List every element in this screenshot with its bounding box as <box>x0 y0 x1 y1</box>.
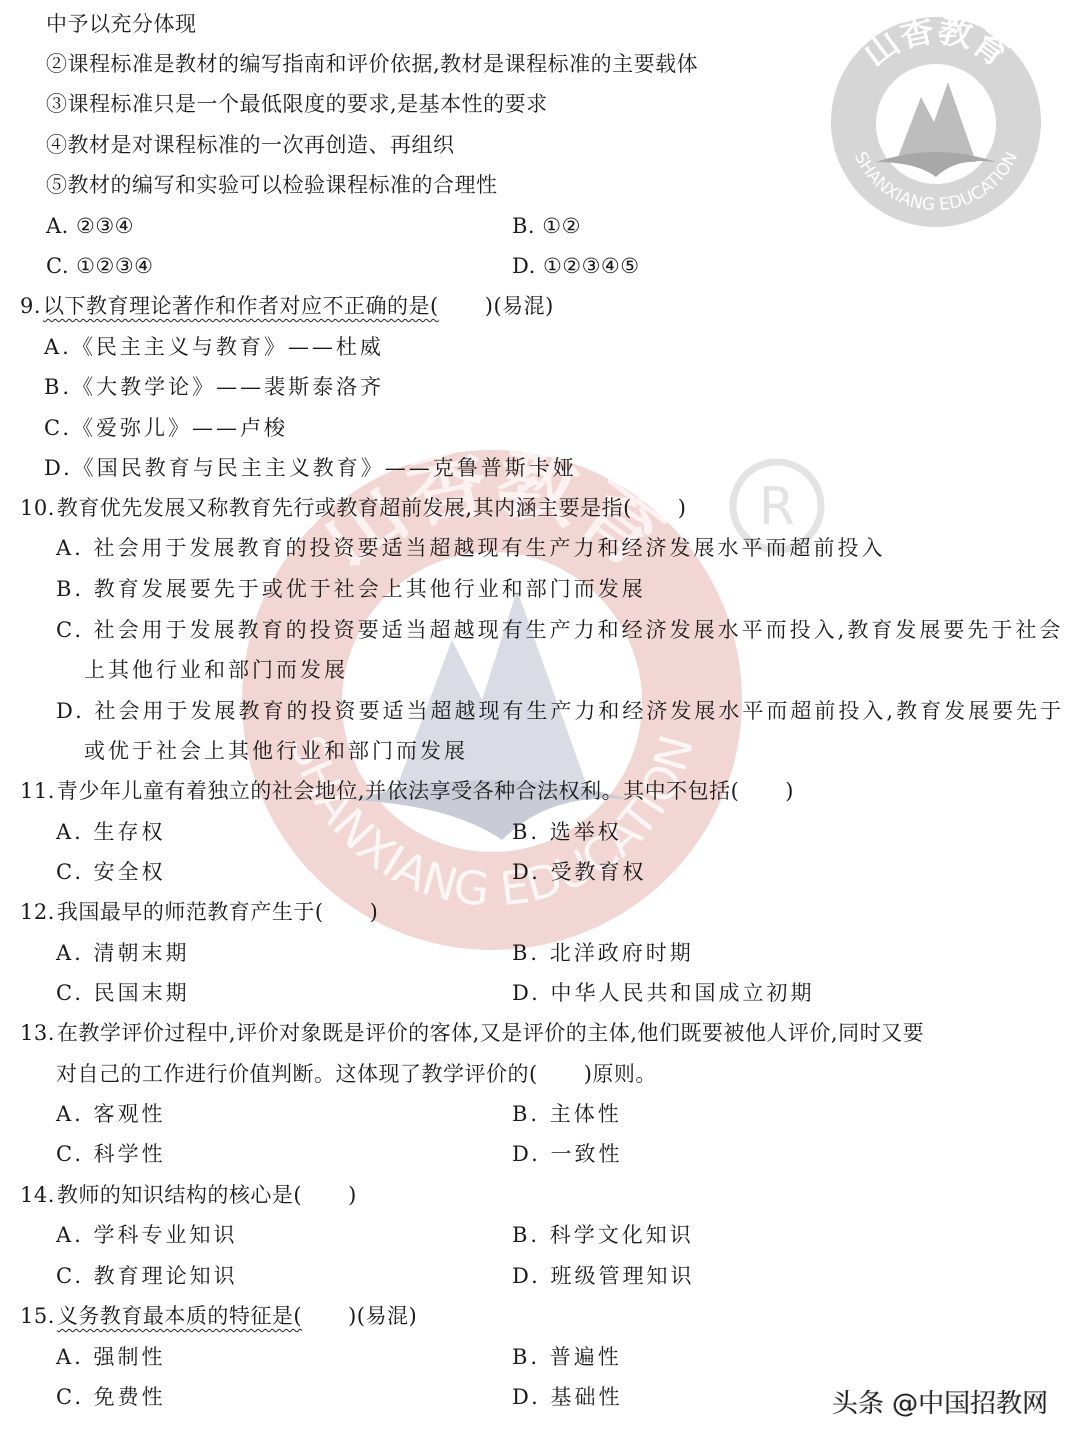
q9-stem: 9.以下教育理论著作和作者对应不正确的是()(易混) <box>20 292 554 320</box>
stem-tail: ) <box>370 900 379 924</box>
q13-stem-line1: 13.在教学评价过程中,评价对象既是评价的客体,又是评价的主体,他们既要被他人评… <box>20 1019 924 1047</box>
q12-option-c[interactable]: C. 民国末期 <box>56 979 190 1007</box>
q8-intro-tail: 中予以充分体现 <box>46 10 197 38</box>
stem-tail: ) <box>348 1183 357 1207</box>
q14-option-c[interactable]: C. 教育理论知识 <box>56 1262 238 1290</box>
q11-option-d[interactable]: D. 受教育权 <box>512 858 646 886</box>
q9-option-b[interactable]: B.《大教学论》——裴斯泰洛齐 <box>44 373 384 401</box>
question-number: 11. <box>20 777 55 805</box>
stem-text: 我国最早的师范教育产生于( <box>57 900 324 924</box>
q8-option-c[interactable]: C. ①②③④ <box>46 252 153 280</box>
question-number: 15. <box>20 1302 55 1330</box>
q11-option-a[interactable]: A. 生存权 <box>56 818 166 846</box>
source-watermark-tag[interactable]: 头条 @中国招教网 <box>832 1383 1048 1420</box>
q15-stem: 15.义务教育最本质的特征是()(易混) <box>20 1302 417 1330</box>
question-number: 10. <box>20 494 55 522</box>
q12-option-b[interactable]: B. 北洋政府时期 <box>512 939 694 967</box>
emphasized-stem: 义务教育最本质的特征是( <box>57 1304 302 1328</box>
q11-stem: 11.青少年儿童有着独立的社会地位,并依法享受各种合法权利。其中不包括() <box>20 777 794 805</box>
stem-tail: )(易混) <box>348 1304 417 1328</box>
q13-option-c[interactable]: C. 科学性 <box>56 1140 166 1168</box>
q11-option-c[interactable]: C. 安全权 <box>56 858 166 886</box>
stem-tail: ) <box>678 496 687 520</box>
stem-text: 在教学评价过程中,评价对象既是评价的客体,又是评价的主体,他们既要被他人评价,同… <box>57 1021 924 1045</box>
stem-text: 教育优先发展又称教育先行或教育超前发展,其内涵主要是指( <box>57 496 632 520</box>
q12-option-d[interactable]: D. 中华人民共和国成立初期 <box>512 979 814 1007</box>
q10-option-c-line1[interactable]: C. 社会用于发展教育的投资要适当超越现有生产力和经济发展水平而投入,教育发展要… <box>56 616 1063 644</box>
svg-text:R: R <box>759 477 795 537</box>
question-number: 13. <box>20 1019 55 1047</box>
q14-option-a[interactable]: A. 学科专业知识 <box>56 1221 238 1249</box>
q10-stem: 10.教育优先发展又称教育先行或教育超前发展,其内涵主要是指() <box>20 494 686 522</box>
stem-text: 对自己的工作进行价值判断。这体现了教学评价的( <box>56 1062 538 1086</box>
stem-text: 教师的知识结构的核心是( <box>57 1183 302 1207</box>
q15-option-d[interactable]: D. 基础性 <box>512 1383 622 1411</box>
q15-option-a[interactable]: A. 强制性 <box>56 1343 166 1371</box>
q11-option-b[interactable]: B. 选举权 <box>512 818 622 846</box>
stem-tail: )(易混) <box>485 294 554 318</box>
q10-option-d-line2[interactable]: 或优于社会上其他行业和部门而发展 <box>84 737 468 765</box>
q15-option-b[interactable]: B. 普遍性 <box>512 1343 622 1371</box>
q15-option-c[interactable]: C. 免费性 <box>56 1383 166 1411</box>
q12-stem: 12.我国最早的师范教育产生于() <box>20 898 378 926</box>
q9-option-c[interactable]: C.《爱弥儿》——卢梭 <box>44 414 288 442</box>
exam-page: 山香教育 SHANXIANG EDUCATION 山香教育 SHANXIANG … <box>0 0 1080 1441</box>
q13-stem-line2: 对自己的工作进行价值判断。这体现了教学评价的()原则。 <box>56 1060 657 1088</box>
q8-option-a[interactable]: A. ②③④ <box>46 212 134 240</box>
q13-option-d[interactable]: D. 一致性 <box>512 1140 622 1168</box>
q9-option-a[interactable]: A.《民主主义与教育》——杜威 <box>44 333 384 361</box>
q8-statement-3: ③课程标准只是一个最低限度的要求,是基本性的要求 <box>46 90 548 118</box>
q8-option-b[interactable]: B. ①② <box>512 212 581 240</box>
shanxiang-logo-watermark-icon: 山香教育 SHANXIANG EDUCATION <box>826 12 1046 232</box>
q8-statement-4: ④教材是对课程标准的一次再创造、再组织 <box>46 131 455 159</box>
q10-option-d-line1[interactable]: D. 社会用于发展教育的投资要适当超越现有生产力和经济发展水平而超前投入,教育发… <box>56 697 1064 725</box>
question-number: 14. <box>20 1181 55 1209</box>
q8-option-d[interactable]: D. ①②③④⑤ <box>512 252 640 280</box>
q8-statement-5: ⑤教材的编写和实验可以检验课程标准的合理性 <box>46 171 498 199</box>
q8-statement-2: ②课程标准是教材的编写指南和评价依据,教材是课程标准的主要载体 <box>46 50 698 78</box>
stem-text: 青少年儿童有着独立的社会地位,并依法享受各种合法权利。其中不包括( <box>57 779 739 803</box>
emphasized-stem: 以下教育理论著作和作者对应不正确的是( <box>43 294 439 318</box>
stem-tail: ) <box>785 779 794 803</box>
q9-option-d[interactable]: D.《国民教育与民主主义教育》——克鲁普斯卡娅 <box>44 454 577 482</box>
q10-option-c-line2[interactable]: 上其他行业和部门而发展 <box>84 656 348 684</box>
q10-option-b[interactable]: B. 教育发展要先于或优于社会上其他行业和部门而发展 <box>56 575 646 603</box>
q13-option-a[interactable]: A. 客观性 <box>56 1100 166 1128</box>
stem-tail: )原则。 <box>584 1062 657 1086</box>
question-number: 12. <box>20 898 55 926</box>
q14-option-b[interactable]: B. 科学文化知识 <box>512 1221 694 1249</box>
q10-option-a[interactable]: A. 社会用于发展教育的投资要适当超越现有生产力和经济发展水平而超前投入 <box>56 534 886 562</box>
q12-option-a[interactable]: A. 清朝末期 <box>56 939 190 967</box>
q13-option-b[interactable]: B. 主体性 <box>512 1100 622 1128</box>
q14-stem: 14.教师的知识结构的核心是() <box>20 1181 357 1209</box>
question-number: 9. <box>20 292 41 320</box>
q14-option-d[interactable]: D. 班级管理知识 <box>512 1262 694 1290</box>
